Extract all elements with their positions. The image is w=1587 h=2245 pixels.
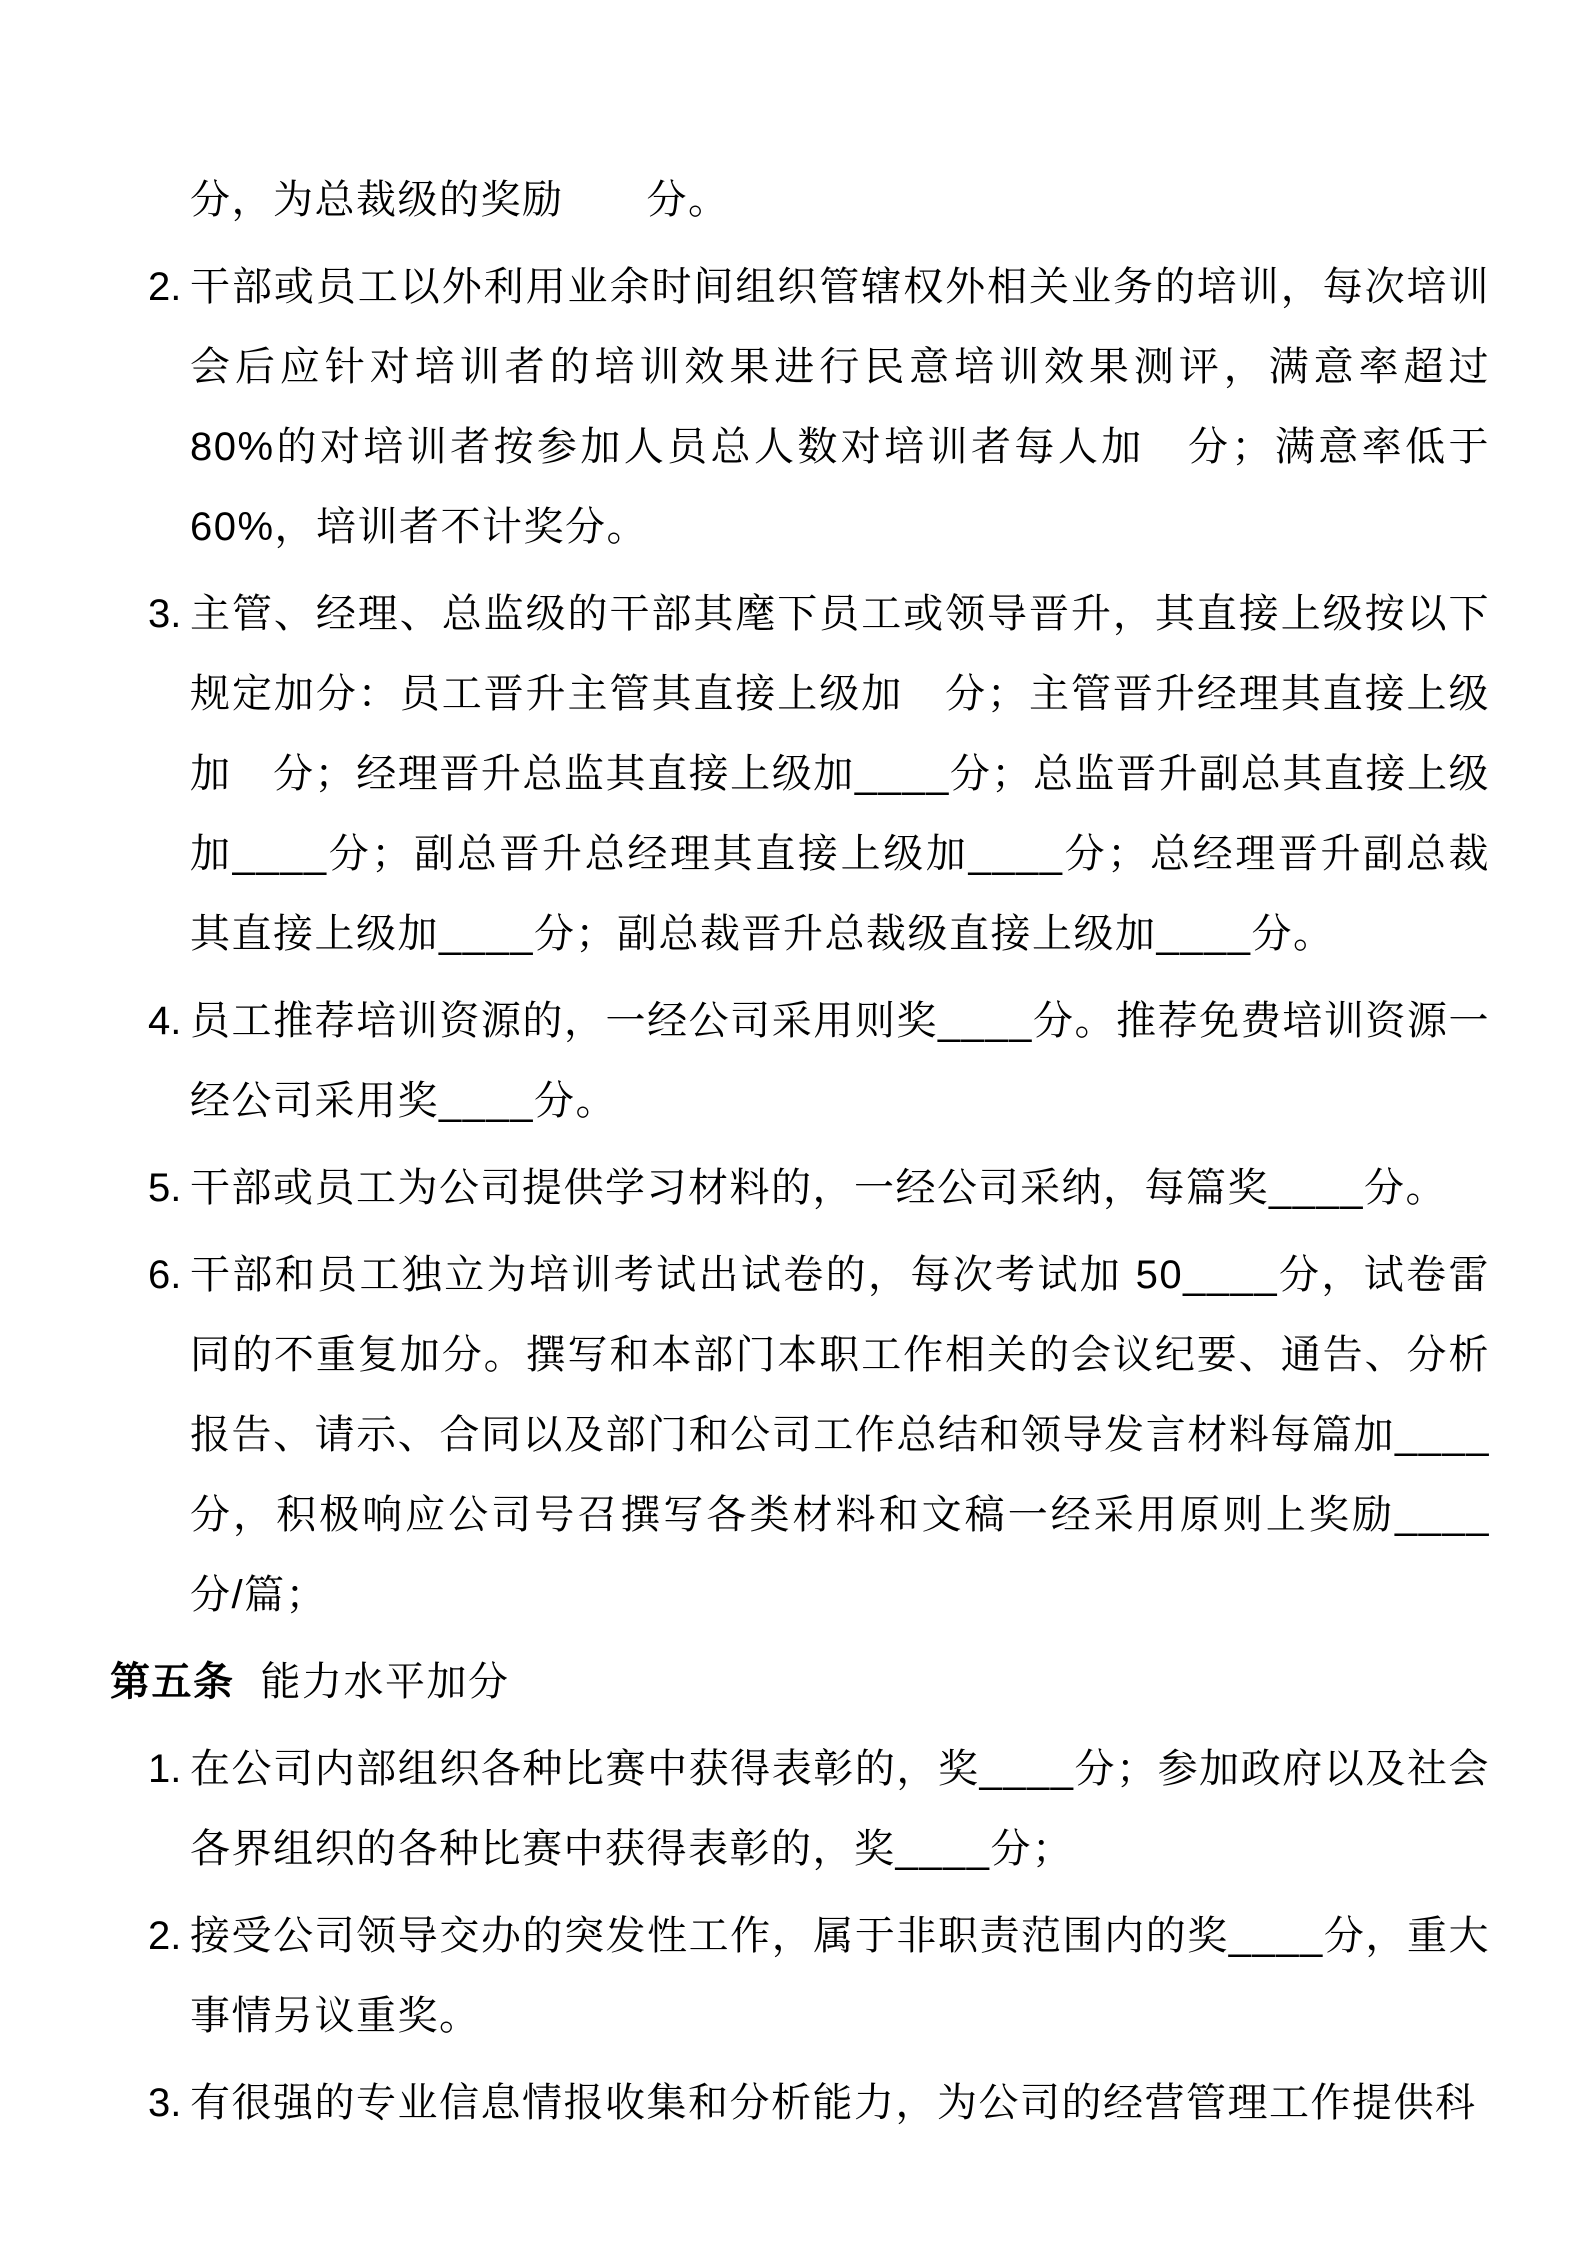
item-number: 2. [148,247,181,327]
item-text: 接受公司领导交办的突发性工作，属于非职责范围内的奖____分，重大事情另议重奖。 [190,1914,1490,2038]
numbered-item: 2. 干部或员工以外利用业余时间组织管辖权外相关业务的培训，每次培训会后应针对培… [190,247,1490,567]
document-page: 分，为总裁级的奖励 分。 2. 干部或员工以外利用业余时间组织管辖权外相关业务的… [0,0,1587,2245]
item-number: 1. [148,1729,181,1809]
item-text: 有很强的专业信息情报收集和分析能力，为公司的经营管理工作提供科 [190,2081,1477,2125]
item-number: 4. [148,981,181,1061]
item-text: 干部或员工为公司提供学习材料的，一经公司采纳，每篇奖____分。 [190,1166,1447,1210]
section-heading-label: 第五条 [110,1660,235,1704]
item-number: 3. [148,2063,181,2143]
item-text: 员工推荐培训资源的，一经公司采用则奖____分。推荐免费培训资源一经公司采用奖_… [190,999,1490,1123]
numbered-item: 3. 主管、经理、总监级的干部其麾下员工或领导晋升，其直接上级按以下规定加分：员… [190,574,1490,974]
item-text: 干部和员工独立为培训考试出试卷的，每次考试加 50____分，试卷雷同的不重复加… [190,1253,1490,1617]
item-text: 干部或员工以外利用业余时间组织管辖权外相关业务的培训，每次培训会后应针对培训者的… [190,265,1490,549]
numbered-item: 1. 在公司内部组织各种比赛中获得表彰的，奖____分；参加政府以及社会各界组织… [190,1729,1490,1889]
numbered-item: 3. 有很强的专业信息情报收集和分析能力，为公司的经营管理工作提供科 [190,2063,1490,2143]
item-number: 3. [148,574,181,654]
numbered-item: 6. 干部和员工独立为培训考试出试卷的，每次考试加 50____分，试卷雷同的不… [190,1235,1490,1635]
numbered-item: 5. 干部或员工为公司提供学习材料的，一经公司采纳，每篇奖____分。 [190,1148,1490,1228]
section-heading-title: 能力水平加分 [261,1660,510,1704]
item-number: 5. [148,1148,181,1228]
item-text: 在公司内部组织各种比赛中获得表彰的，奖____分；参加政府以及社会各界组织的各种… [190,1747,1490,1871]
item-text: 主管、经理、总监级的干部其麾下员工或领导晋升，其直接上级按以下规定加分：员工晋升… [190,592,1490,956]
item-number: 2. [148,1896,181,1976]
item-number: 6. [148,1235,181,1315]
numbered-item: 2. 接受公司领导交办的突发性工作，属于非职责范围内的奖____分，重大事情另议… [190,1896,1490,2056]
continuation-text: 分，为总裁级的奖励 分。 [190,160,1490,240]
section-heading: 第五条能力水平加分 [110,1642,1490,1722]
numbered-item: 4. 员工推荐培训资源的，一经公司采用则奖____分。推荐免费培训资源一经公司采… [190,981,1490,1141]
